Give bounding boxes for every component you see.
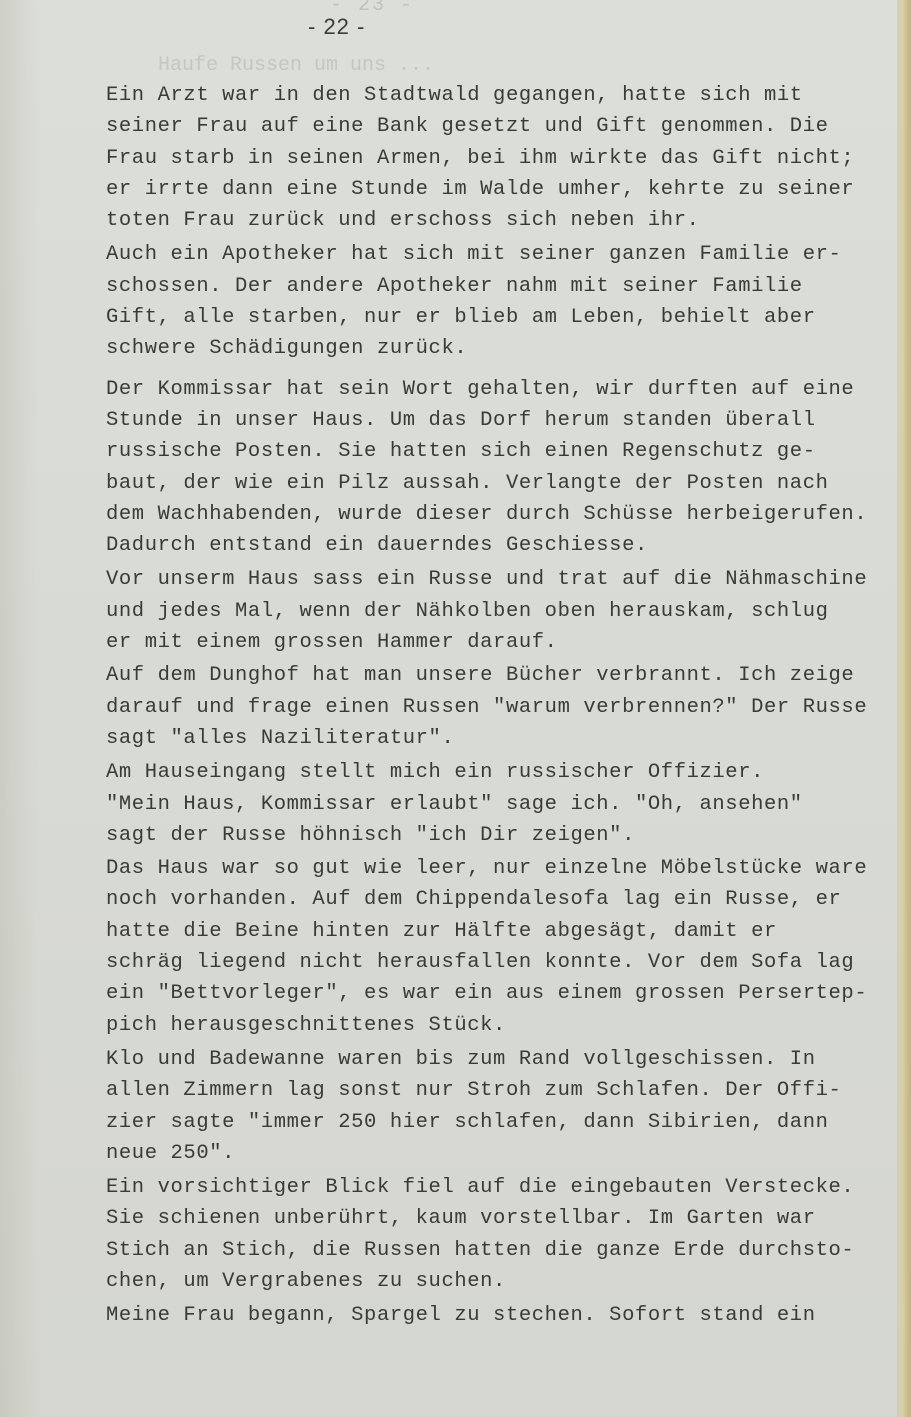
- text-line: chen, um Vergrabenes zu suchen.: [106, 1266, 906, 1297]
- text-line: Ein Arzt war in den Stadtwald gegangen, …: [106, 80, 906, 111]
- paragraph: Klo und Badewanne waren bis zum Rand vol…: [106, 1044, 906, 1169]
- text-line: hatte die Beine hinten zur Hälfte abgesä…: [106, 916, 906, 947]
- text-line: ein "Bettvorleger", es war ein aus einem…: [106, 978, 906, 1009]
- text-line: allen Zimmern lag sonst nur Stroh zum Sc…: [106, 1075, 906, 1106]
- page-edge-binding: [897, 0, 911, 1417]
- text-line: Vor unserm Haus sass ein Russe und trat …: [106, 564, 906, 595]
- text-line: Frau starb in seinen Armen, bei ihm wirk…: [106, 143, 906, 174]
- text-line: Stunde in unser Haus. Um das Dorf herum …: [106, 405, 906, 436]
- text-line: Ein vorsichtiger Blick fiel auf die eing…: [106, 1172, 906, 1203]
- document-body: Ein Arzt war in den Stadtwald gegangen, …: [106, 80, 906, 1332]
- text-line: Stich an Stich, die Russen hatten die ga…: [106, 1235, 906, 1266]
- text-line: darauf und frage einen Russen "warum ver…: [106, 692, 906, 723]
- text-line: dem Wachhabenden, wurde dieser durch Sch…: [106, 499, 906, 530]
- text-line: toten Frau zurück und erschoss sich nebe…: [106, 205, 906, 236]
- paragraph: Der Kommissar hat sein Wort gehalten, wi…: [106, 374, 906, 562]
- text-line: pich herausgeschnittenes Stück.: [106, 1010, 906, 1041]
- text-line: sagt der Russe höhnisch "ich Dir zeigen"…: [106, 820, 906, 851]
- text-line: schossen. Der andere Apotheker nahm mit …: [106, 271, 906, 302]
- text-line: Meine Frau begann, Spargel zu stechen. S…: [106, 1300, 906, 1331]
- text-line: er mit einem grossen Hammer darauf.: [106, 627, 906, 658]
- text-line: "Mein Haus, Kommissar erlaubt" sage ich.…: [106, 789, 906, 820]
- typewritten-page: - 23 - Haufe Russen um uns ... - 22 - Ei…: [0, 0, 911, 1417]
- text-line: Auf dem Dunghof hat man unsere Bücher ve…: [106, 660, 906, 691]
- text-line: zier sagte "immer 250 hier schlafen, dan…: [106, 1107, 906, 1138]
- text-line: Auch ein Apotheker hat sich mit seiner g…: [106, 239, 906, 270]
- text-line: Klo und Badewanne waren bis zum Rand vol…: [106, 1044, 906, 1075]
- text-line: und jedes Mal, wenn der Nähkolben oben h…: [106, 596, 906, 627]
- text-line: Sie schienen unberührt, kaum vorstellbar…: [106, 1203, 906, 1234]
- paragraph: Auch ein Apotheker hat sich mit seiner g…: [106, 239, 906, 364]
- page-number: - 22 -: [0, 14, 911, 40]
- paragraph: Das Haus war so gut wie leer, nur einzel…: [106, 853, 906, 1041]
- text-line: russische Posten. Sie hatten sich einen …: [106, 436, 906, 467]
- text-line: seiner Frau auf eine Bank gesetzt und Gi…: [106, 111, 906, 142]
- paragraph: Am Hauseingang stellt mich ein russische…: [106, 757, 906, 851]
- text-line: baut, der wie ein Pilz aussah. Verlangte…: [106, 468, 906, 499]
- text-line: schräg liegend nicht herausfallen konnte…: [106, 947, 906, 978]
- paragraph: Meine Frau begann, Spargel zu stechen. S…: [106, 1300, 906, 1331]
- text-line: Der Kommissar hat sein Wort gehalten, wi…: [106, 374, 906, 405]
- text-line: noch vorhanden. Auf dem Chippendalesofa …: [106, 884, 906, 915]
- text-line: Dadurch entstand ein dauerndes Geschiess…: [106, 530, 906, 561]
- bleed-through-text: Haufe Russen um uns ...: [158, 54, 434, 77]
- text-line: Das Haus war so gut wie leer, nur einzel…: [106, 853, 906, 884]
- text-line: schwere Schädigungen zurück.: [106, 333, 906, 364]
- text-line: neue 250".: [106, 1138, 906, 1169]
- paragraph: Ein Arzt war in den Stadtwald gegangen, …: [106, 80, 906, 236]
- text-line: Am Hauseingang stellt mich ein russische…: [106, 757, 906, 788]
- paragraph: Ein vorsichtiger Blick fiel auf die eing…: [106, 1172, 906, 1297]
- text-line: er irrte dann eine Stunde im Walde umher…: [106, 174, 906, 205]
- text-line: Gift, alle starben, nur er blieb am Lebe…: [106, 302, 906, 333]
- paragraph: Auf dem Dunghof hat man unsere Bücher ve…: [106, 660, 906, 754]
- paragraph: Vor unserm Haus sass ein Russe und trat …: [106, 564, 906, 658]
- text-line: sagt "alles Naziliteratur".: [106, 723, 906, 754]
